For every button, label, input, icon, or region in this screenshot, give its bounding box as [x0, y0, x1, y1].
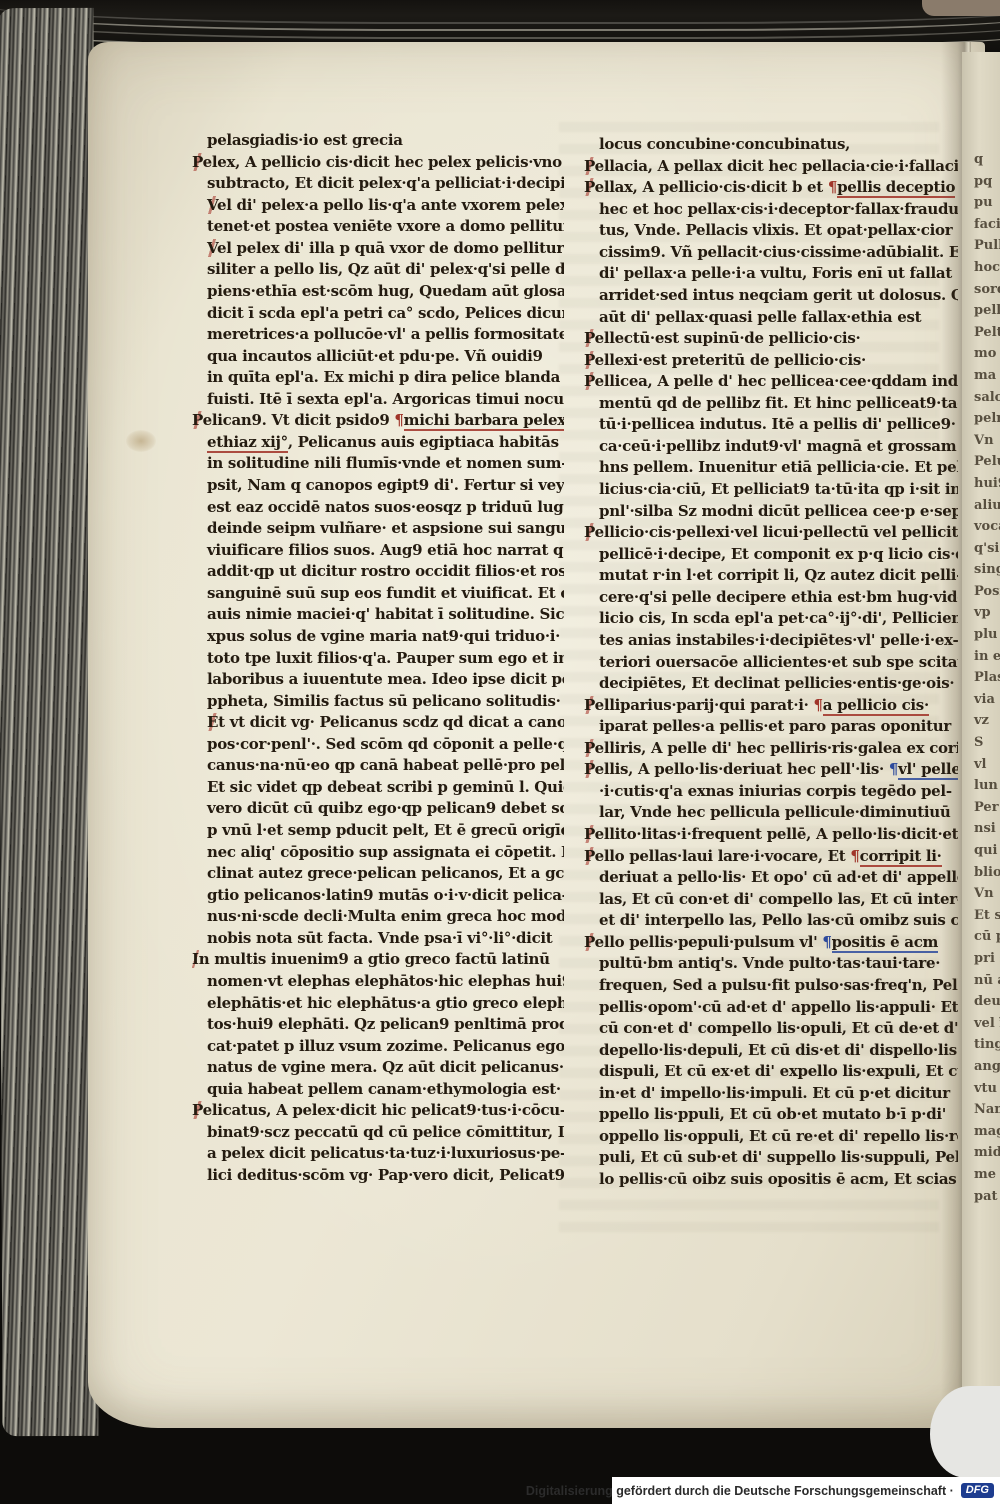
text-segment: qua incautos alliciūt·et pdu·pe. Vñ ouid…	[207, 347, 543, 365]
text-segment: I	[192, 950, 199, 968]
text-segment: tū·i·pellicea indutus. Itē a pellis di' …	[599, 415, 956, 433]
text-line: dicit ī scda epl'a petri ca° scdo, Pelic…	[192, 303, 564, 325]
rubric-paragraph-mark: ¶	[822, 933, 831, 951]
text-segment: cissim9. Vñ pellacit·cius·cissime·adūbia…	[599, 243, 958, 261]
text-line: pellis·opom'·cū ad·et d' appello lis·app…	[584, 997, 958, 1019]
dfg-logo-label: DFG	[966, 1484, 989, 1496]
text-line: in quīta epl'a. Ex michi p dira pelice b…	[192, 367, 564, 389]
text-segment: in·et d' impello·lis·impuli. Et cū p·et …	[599, 1084, 950, 1102]
facing-page-text-fragment: pat	[962, 1186, 1000, 1208]
text-segment: P	[584, 739, 595, 757]
text-segment: addit·qp ut dicitur rostro occidit filio…	[207, 562, 564, 580]
facing-page-text-fragment: lun	[962, 775, 1000, 797]
text-segment: P	[584, 157, 595, 175]
text-line: et di' interpello las, Pello las·cū omib…	[584, 910, 958, 932]
text-line: pos·cor·penl'·. Sed scōm qd cōponit a pe…	[192, 734, 564, 756]
facing-page-text-fragment: vl	[962, 754, 1000, 776]
book-left-page-edges	[0, 8, 98, 1436]
facing-page-text-fragment: qui	[962, 840, 1000, 862]
text-line: cū con·et d' compello lis·opuli, Et cū d…	[584, 1018, 958, 1040]
text-line: psit, Nam q canopos egipt9 di'. Fertur s…	[192, 475, 564, 497]
facing-page-text-fragment: Posi	[962, 581, 1000, 603]
facing-page-text-fragment: mid	[962, 1142, 1000, 1164]
text-line: lici deditus·scōm vg· Pap·vero dicit, Pe…	[192, 1165, 564, 1187]
text-line: Pellicio·cis·pellexi·vel licui·pellectū …	[584, 522, 958, 544]
text-segment: pultū·bm antiq's. Vnde pulto·tas·taui·ta…	[599, 954, 940, 972]
text-segment: lar, Vnde hec pellicula pellicule·diminu…	[599, 803, 951, 821]
text-line: quia habeat pellem canam·ethymologia est…	[192, 1079, 564, 1101]
text-line: fuisti. Itē ī sexta epl'a. Argoricas tim…	[192, 389, 564, 411]
text-line: Pello pellas·laui lare·i·vocare, Et ¶cor…	[584, 846, 958, 868]
facing-page-text-fragment: q	[962, 149, 1000, 171]
text-segment: piens·ethīa est·scōm hug, Quedam aūt glo…	[207, 282, 564, 300]
text-segment: tenet·et postea veniēte vxore a domo pel…	[207, 217, 564, 235]
text-line: sanguinē suū sup eos fundit et viuificat…	[192, 583, 564, 605]
text-segment: aūt di' pellax·quasi pelle fallax·ethia …	[599, 308, 921, 326]
facing-page-text-fragment: ting	[962, 1034, 1000, 1056]
text-line: Et sic videt qp debeat scribi p geminū l…	[192, 777, 564, 799]
facing-page-text-fragment: Pelui	[962, 451, 1000, 473]
text-line: Pellito·litas·i·frequent pellē, A pello·…	[584, 824, 958, 846]
rubric-paragraph-mark: ¶	[889, 760, 898, 778]
text-segment: nus·ni·scde decli·Multa enim greca hoc m…	[207, 907, 564, 925]
text-segment: dispuli, Et cū ex·et di' expello lis·exp…	[599, 1062, 958, 1080]
text-segment: , Pelicanus auis egiptiaca habitās	[288, 433, 559, 451]
parchment-stain	[126, 430, 156, 452]
text-segment: el pelex di' illa p quā vxor de domo pel…	[217, 239, 564, 257]
text-segment: ello pellis·pepuli·pulsum vl'	[595, 933, 823, 951]
facing-page-text-fragment: hui9	[962, 473, 1000, 495]
text-segment: pellis deceptio	[837, 178, 955, 198]
text-segment: locus concubine·concubinatus,	[599, 135, 850, 153]
text-line: viuificare filios suos. Aug9 etiā hoc na…	[192, 540, 564, 562]
facing-page-text-fragment: voca	[962, 516, 1000, 538]
facing-page-text-fragment: pri s	[962, 948, 1000, 970]
facing-page-text-fragment: deus	[962, 991, 1000, 1013]
text-line: Pellicea, A pelle d' hec pellicea·cee·qd…	[584, 371, 958, 393]
text-line: arridet·sed intus neqciam gerit ut dolos…	[584, 285, 958, 307]
text-line: cissim9. Vñ pellacit·cius·cissime·adūbia…	[584, 242, 958, 264]
text-line: laboribus a iuuentute mea. Ideo ipse dic…	[192, 669, 564, 691]
text-segment: iparat pelles·a pellis·et paro paras opo…	[599, 717, 951, 735]
text-line: Pelliparius·parij·qui parat·i· ¶a pellic…	[584, 695, 958, 717]
text-segment: P	[584, 933, 595, 951]
facing-page-text-fragment: ange	[962, 1056, 1000, 1078]
text-line: deriuat a pello·lis· Et opo' cū ad·et di…	[584, 867, 958, 889]
text-segment: pellis·opom'·cū ad·et d' appello lis·app…	[599, 998, 958, 1016]
text-line: a pelex dicit pelicatus·ta·tuz·i·luxurio…	[192, 1143, 564, 1165]
footer-credit-text: Digitalisierung gefördert durch die Deut…	[526, 1484, 954, 1498]
text-line: meretrices·a pollucōe·vl' a pellis formo…	[192, 324, 564, 346]
text-line: lo pellis·cū oibz suis opositis ē acm, E…	[584, 1169, 958, 1191]
text-segment: las, Et cū con·et di' compello las, Et c…	[599, 890, 958, 908]
text-segment: tes anias instabiles·i·decipiētes·vl' pe…	[599, 631, 958, 649]
text-line: mutat r·in l·et corripit li, Qz autez di…	[584, 565, 958, 587]
text-line: depello·lis·depuli, Et cū dis·et di' dis…	[584, 1040, 958, 1062]
rubric-paragraph-mark: ¶	[394, 411, 403, 429]
text-segment: tos·hui9 elephāti. Qz pelican9 penltimā …	[207, 1015, 564, 1033]
text-line: xpus solus de vgine maria nat9·qui tridu…	[192, 626, 564, 648]
text-segment: elicatus, A pelex·dicit hic pelicat9·tus…	[203, 1101, 564, 1119]
text-line: locus concubine·concubinatus,	[584, 134, 958, 156]
text-segment: lici deditus·scōm vg· Pap·vero dicit, Pe…	[207, 1166, 564, 1184]
facing-page-text-fragment: Nam	[962, 1099, 1000, 1121]
text-line: puli, Et cū sub·et di' suppello lis·supp…	[584, 1147, 958, 1169]
text-segment: lo pellis·cū oibz suis opositis ē acm, E…	[599, 1170, 956, 1188]
text-segment: mentū qd de pellibz fit. Et hinc pellice…	[599, 394, 958, 412]
facing-page-text-fragment: Per	[962, 797, 1000, 819]
text-segment: corripit li·	[860, 847, 942, 867]
text-segment: P	[584, 372, 595, 390]
text-segment: vero dicūt cū quibz ego·qp pelican9 debe…	[207, 799, 564, 817]
text-line: teriori ouersacōe allicientes·et sub spe…	[584, 652, 958, 674]
facing-page-text-fragment: mo	[962, 343, 1000, 365]
text-segment: P	[192, 411, 203, 429]
text-segment: ellexi·est preteritū de pellicio·cis·	[595, 351, 866, 369]
facing-page-text-fragment: Et s	[962, 905, 1000, 927]
text-segment: di' pellax·a pelle·i·a vultu, Foris enī …	[599, 264, 952, 282]
facing-page-text-fragment: pu	[962, 192, 1000, 214]
text-line: frequen, Sed a pulsu·fit pulso·sas·freq'…	[584, 975, 958, 997]
text-segment: elephātis·et hic elephātus·a gtio greco …	[207, 994, 564, 1012]
text-segment: P	[584, 696, 595, 714]
text-line: Pelicatus, A pelex·dicit hic pelicat9·tu…	[192, 1100, 564, 1122]
text-segment: nobis nota sūt facta. Vnde psa·ī vi°·li°…	[207, 929, 552, 947]
facing-page-text-fragment: Pulli	[962, 235, 1000, 257]
text-segment: ellectū·est supinū·de pellicio·cis·	[595, 329, 861, 347]
text-line: tenet·et postea veniēte vxore a domo pel…	[192, 216, 564, 238]
text-segment: hec et hoc pellax·cis·i·deceptor·fallax·…	[599, 200, 958, 218]
text-segment: decipiētes, Et declinat pellicies·entis·…	[599, 674, 954, 692]
text-line: Pellax, A pellicio·cis·dicit b et ¶pelli…	[584, 177, 958, 199]
text-segment: licius·cia·ciū, Et pelliciat9 ta·tū·ita …	[599, 480, 958, 498]
facing-page-text-fragment: via	[962, 689, 1000, 711]
text-segment: positis ē acm	[832, 933, 939, 953]
text-segment: ellax, A pellicio·cis·dicit b et	[595, 178, 828, 196]
facing-page-text-fragment: pq	[962, 171, 1000, 193]
facing-page-text-fragment: Plas	[962, 667, 1000, 689]
text-segment: E	[207, 713, 218, 731]
text-line: lar, Vnde hec pellicula pellicule·diminu…	[584, 802, 958, 824]
text-segment: subtracto, Et dicit pelex·q'a pelliciat·…	[207, 174, 564, 192]
facing-page-text-fragment: me	[962, 1164, 1000, 1186]
text-segment: tus, Vnde. Pellacis vlixis. Et opat·pell…	[599, 221, 952, 239]
text-segment: ellito·litas·i·frequent pellē, A pello·l…	[595, 825, 958, 843]
text-segment: ellicea, A pelle d' hec pellicea·cee·qdd…	[595, 372, 958, 390]
text-segment: pellicē·i·decipe, Et componit ex p·q lic…	[599, 545, 958, 563]
text-line: Pellexi·est preteritū de pellicio·cis·	[584, 350, 958, 372]
text-line: iparat pelles·a pellis·et paro paras opo…	[584, 716, 958, 738]
text-segment: P	[584, 825, 595, 843]
text-segment: el di' pelex·a pello lis·q'a ante vxorem…	[217, 196, 564, 214]
facing-page-text-fragment: aliu	[962, 495, 1000, 517]
text-line: vero dicūt cū quibz ego·qp pelican9 debe…	[192, 798, 564, 820]
text-segment: psit, Nam q canopos egipt9 di'. Fertur s…	[207, 476, 564, 494]
text-line: in solitudine nili flumīs·vnde et nomen …	[192, 453, 564, 475]
text-column-left: pelasgiadis·io est greciaPelex, A pellic…	[192, 130, 564, 1192]
text-line: Pelex, A pellicio cis·dicit hec pelex pe…	[192, 152, 564, 174]
text-line: in·et d' impello·lis·impuli. Et cū p·et …	[584, 1083, 958, 1105]
text-line: siliter a pello lis, Qz aūt di' pelex·q'…	[192, 259, 564, 281]
text-line: las, Et cū con·et di' compello las, Et c…	[584, 889, 958, 911]
text-segment: P	[584, 329, 595, 347]
book-scan-scene: pelasgiadis·io est greciaPelex, A pellic…	[0, 0, 1000, 1504]
text-segment: hns pellem. Inuenitur etiā pellicia·cie.…	[599, 458, 958, 476]
text-segment: pos·cor·penl'·. Sed scōm qd cōponit a pe…	[207, 735, 564, 753]
text-line: decipiētes, Et declinat pellicies·entis·…	[584, 673, 958, 695]
text-segment: teriori ouersacōe allicientes·et sub spe…	[599, 653, 958, 671]
facing-page-text-fragment: hoc	[962, 257, 1000, 279]
text-segment: a pelex dicit pelicatus·ta·tuz·i·luxurio…	[207, 1144, 564, 1162]
text-segment: nec aliq' cōpositio sup assignata ei cōp…	[207, 843, 564, 861]
text-segment: viuificare filios suos. Aug9 etiā hoc na…	[207, 541, 563, 559]
text-line: clinat autez grece·pelican pelicanos, Et…	[192, 863, 564, 885]
text-line: Pellectū·est supinū·de pellicio·cis·	[584, 328, 958, 350]
text-segment: nomen·vt elephas elephātos·hic elephas h…	[207, 972, 564, 990]
text-segment: siliter a pello lis, Qz aūt di' pelex·q'…	[207, 260, 564, 278]
text-line: cere·q'si pelle decipere ethia est·bm hu…	[584, 587, 958, 609]
text-column-right: locus concubine·concubinatus,Pellacia, A…	[584, 134, 958, 1196]
text-segment: elex, A pellicio cis·dicit hec pelex pel…	[203, 153, 564, 171]
facing-page-text-fragment: nsi	[962, 818, 1000, 840]
text-line: piens·ethīa est·scōm hug, Quedam aūt glo…	[192, 281, 564, 303]
text-segment: ppello lis·ppuli, Et cū ob·et mutato b·ī…	[599, 1105, 946, 1123]
text-line: hns pellem. Inuenitur etiā pellicia·cie.…	[584, 457, 958, 479]
facing-page-text-fragment: q'si	[962, 538, 1000, 560]
facing-page-text-fragment: vz	[962, 710, 1000, 732]
facing-page-text-fragment: S	[962, 732, 1000, 754]
text-segment: elliparius·parij·qui parat·i·	[595, 696, 814, 714]
text-line: pultū·bm antiq's. Vnde pulto·tas·taui·ta…	[584, 953, 958, 975]
facing-page-text-fragment: plu	[962, 624, 1000, 646]
text-line: Vel di' pelex·a pello lis·q'a ante vxore…	[192, 195, 564, 217]
text-line: Pelican9. Vt dicit psido9 ¶michi barbara…	[192, 410, 564, 432]
book-cradle	[930, 1386, 1000, 1478]
text-segment: est eaz occidē natos suos·eosqz p triduū…	[207, 498, 564, 516]
text-segment: toto tpe luxit filios·q'a. Pauper sum eg…	[207, 649, 564, 667]
text-segment: t vt dicit vg· Pelicanus scdz qd dicat a…	[218, 713, 564, 731]
text-line: dispuli, Et cū ex·et di' expello lis·exp…	[584, 1061, 958, 1083]
text-segment: in solitudine nili flumīs·vnde et nomen …	[207, 454, 564, 472]
text-line: binat9·scz peccatū qd cū pelice cōmittit…	[192, 1122, 564, 1144]
text-segment: ·i·cutis·q'a exnas iniurias corpis tegēd…	[599, 782, 952, 800]
text-segment: sanguinē suū sup eos fundit et viuificat…	[207, 584, 564, 602]
text-line: tus, Vnde. Pellacis vlixis. Et opat·pell…	[584, 220, 958, 242]
text-line: Pelliris, A pelle di' hec pelliris·ris·g…	[584, 738, 958, 760]
text-segment: ello pellas·laui lare·i·vocare, Et	[595, 847, 851, 865]
facing-page-text-fragment: mag	[962, 1121, 1000, 1143]
text-segment: V	[207, 196, 217, 214]
text-line: ppheta, Similis factus sū pelicano solit…	[192, 691, 564, 713]
text-line: tū·i·pellicea indutus. Itē a pellis di' …	[584, 414, 958, 436]
facing-page-text-fragment: Vn	[962, 430, 1000, 452]
text-segment: in quīta epl'a. Ex michi p dira pelice b…	[207, 368, 560, 386]
text-segment: ellis, A pello·lis·deriuat hec pell'·lis…	[595, 760, 889, 778]
text-line: pelasgiadis·io est grecia	[192, 130, 564, 152]
text-line: auis nimie maciei·q' habitat ī solitudin…	[192, 604, 564, 626]
text-segment: oppello lis·oppuli, Et cū re·et di' repe…	[599, 1127, 958, 1145]
text-segment: P	[584, 760, 595, 778]
text-line: nobis nota sūt facta. Vnde psa·ī vi°·li°…	[192, 928, 564, 950]
facing-page-text-fragment: cū p	[962, 926, 1000, 948]
text-segment: puli, Et cū sub·et di' suppello lis·supp…	[599, 1148, 958, 1166]
text-line: natus de vgine mera. Qz aūt dicit pelica…	[192, 1057, 564, 1079]
text-line: Et vt dicit vg· Pelicanus scdz qd dicat …	[192, 712, 564, 734]
text-line: p vnū l·et semp pducit pelt, Et ē grecū …	[192, 820, 564, 842]
text-segment: elliris, A pelle di' hec pelliris·ris·ga…	[595, 739, 958, 757]
text-segment: pelasgiadis·io est grecia	[207, 131, 403, 149]
text-line: mentū qd de pellibz fit. Et hinc pellice…	[584, 393, 958, 415]
text-segment: xpus solus de vgine maria nat9·qui tridu…	[207, 627, 560, 645]
facing-page-text-fragment: vp	[962, 602, 1000, 624]
text-line: tos·hui9 elephāti. Qz pelican9 penltimā …	[192, 1014, 564, 1036]
text-segment: P	[584, 847, 595, 865]
facing-page-text-fragment: pell	[962, 300, 1000, 322]
text-line: licius·cia·ciū, Et pelliciat9 ta·tū·ita …	[584, 479, 958, 501]
text-segment: depello·lis·depuli, Et cū dis·et di' dis…	[599, 1041, 958, 1059]
text-line: addit·qp ut dicitur rostro occidit filio…	[192, 561, 564, 583]
facing-page-text-fragment: blio	[962, 862, 1000, 884]
text-line: ca·ceū·i·pellibz indut9·vl' magnā et gro…	[584, 436, 958, 458]
facing-page-text-fragment: in e	[962, 646, 1000, 668]
text-segment: ellacia, A pellax dicit hec pellacia·cie…	[595, 157, 958, 175]
text-segment: dicit ī scda epl'a petri ca° scdo, Pelic…	[207, 304, 564, 322]
text-line: pnl'·silba Sz modni dicūt pellicea cee·p…	[584, 501, 958, 523]
text-line: canus·na·nū·eo qp canā habeat pellē·pro …	[192, 755, 564, 777]
text-segment: p vnū l·et semp pducit pelt, Et ē grecū …	[207, 821, 564, 839]
text-line: di' pellax·a pelle·i·a vultu, Foris enī …	[584, 263, 958, 285]
text-segment: ethiaz xij°	[207, 433, 288, 453]
text-segment: canus·na·nū·eo qp canā habeat pellē·pro …	[207, 756, 564, 774]
text-segment: V	[207, 239, 217, 257]
text-segment: cat·patet p illuz vsum zozime. Pelicanus…	[207, 1037, 564, 1055]
text-segment: a pellicio cis·	[823, 696, 929, 716]
text-segment: binat9·scz peccatū qd cū pelice cōmittit…	[207, 1123, 564, 1141]
facing-page-text-fragment: vtu	[962, 1078, 1000, 1100]
text-segment: arridet·sed intus neqciam gerit ut dolos…	[599, 286, 958, 304]
facing-page-text-fragment: salo	[962, 387, 1000, 409]
text-segment: auis nimie maciei·q' habitat ī solitudin…	[207, 605, 564, 623]
text-line: pellicē·i·decipe, Et componit ex p·q lic…	[584, 544, 958, 566]
text-line: deinde seipm vulñare· et aspsione sui sa…	[192, 518, 564, 540]
text-segment: meretrices·a pollucōe·vl' a pellis formo…	[207, 325, 564, 343]
book-board-corner	[922, 0, 1000, 16]
text-line: tes anias instabiles·i·decipiētes·vl' pe…	[584, 630, 958, 652]
facing-page-text-fragment: pelr	[962, 408, 1000, 430]
text-segment: deinde seipm vulñare· et aspsione sui sa…	[207, 519, 564, 537]
text-line: gtio pelicanos·latin9 mutās o·i·v·dicit …	[192, 885, 564, 907]
text-segment: fuisti. Itē ī sexta epl'a. Argoricas tim…	[207, 390, 564, 408]
text-line: nomen·vt elephas elephātos·hic elephas h…	[192, 971, 564, 993]
text-segment: P	[584, 178, 595, 196]
text-segment: gtio pelicanos·latin9 mutās o·i·v·dicit …	[207, 886, 564, 904]
text-line: hec et hoc pellax·cis·i·deceptor·fallax·…	[584, 199, 958, 221]
text-segment: licio cis, In scda epl'a pet·ca°·ij°·di'…	[599, 609, 958, 627]
facing-page-text-fragment: vel ī	[962, 1013, 1000, 1035]
text-segment: ca·ceū·i·pellibz indut9·vl' magnā et gro…	[599, 437, 956, 455]
facing-page-text-fragment: Vn	[962, 883, 1000, 905]
facing-page-text-fragment: sord	[962, 279, 1000, 301]
text-line: ·i·cutis·q'a exnas iniurias corpis tegēd…	[584, 781, 958, 803]
text-line: nus·ni·scde decli·Multa enim greca hoc m…	[192, 906, 564, 928]
text-segment: P	[584, 523, 595, 541]
text-segment: frequen, Sed a pulsu·fit pulso·sas·freq'…	[599, 976, 958, 994]
text-segment: mutat r·in l·et corripit li, Qz autez di…	[599, 566, 958, 584]
dfg-logo: DFG	[961, 1483, 994, 1498]
text-segment: pnl'·silba Sz modni dicūt pellicea cee·p…	[599, 502, 958, 520]
text-line: subtracto, Et dicit pelex·q'a pelliciat·…	[192, 173, 564, 195]
text-segment: laboribus a iuuentute mea. Ideo ipse dic…	[207, 670, 564, 688]
facing-page-text-fragment: sing	[962, 559, 1000, 581]
rubric-paragraph-mark: ¶	[814, 696, 823, 714]
footer-bar: Digitalisierung gefördert durch die Deut…	[612, 1477, 1000, 1504]
text-line: oppello lis·oppuli, Et cū re·et di' repe…	[584, 1126, 958, 1148]
text-segment: P	[192, 1101, 203, 1119]
text-line: Pellis, A pello·lis·deriuat hec pell'·li…	[584, 759, 958, 781]
facing-page-sliver: qpqpufaciPullihocsordpellPeltamomasalope…	[962, 52, 1000, 1418]
text-line: aūt di' pellax·quasi pelle fallax·ethia …	[584, 307, 958, 329]
text-line: est eaz occidē natos suos·eosqz p triduū…	[192, 497, 564, 519]
text-segment: ellicio·cis·pellexi·vel licui·pellectū v…	[595, 523, 958, 541]
text-segment: clinat autez grece·pelican pelicanos, Et…	[207, 864, 564, 882]
text-segment: n multis inuenim9 a gtio greco factū lat…	[199, 950, 550, 968]
text-line: cat·patet p illuz vsum zozime. Pelicanus…	[192, 1036, 564, 1058]
text-segment: Et sic videt qp debeat scribi p geminū l…	[207, 778, 564, 796]
text-segment: natus de vgine mera. Qz aūt dicit pelica…	[207, 1058, 564, 1076]
facing-page-text-fragment: nū a	[962, 970, 1000, 992]
text-line: elephātis·et hic elephātus·a gtio greco …	[192, 993, 564, 1015]
text-line: ethiaz xij°, Pelicanus auis egiptiaca ha…	[192, 432, 564, 454]
text-segment: cū con·et d' compello lis·opuli, Et cū d…	[599, 1019, 958, 1037]
text-line: Pellacia, A pellax dicit hec pellacia·ci…	[584, 156, 958, 178]
text-line: qua incautos alliciūt·et pdu·pe. Vñ ouid…	[192, 346, 564, 368]
text-segment: P	[192, 153, 203, 171]
rubric-paragraph-mark: ¶	[850, 847, 859, 865]
text-segment: et di' interpello las, Pello las·cū omib…	[599, 911, 958, 929]
text-segment: ppheta, Similis factus sū pelicano solit…	[207, 692, 561, 710]
text-line: ppello lis·ppuli, Et cū ob·et mutato b·ī…	[584, 1104, 958, 1126]
text-line: In multis inuenim9 a gtio greco factū la…	[192, 949, 564, 971]
text-segment: elican9. Vt dicit psido9	[203, 411, 395, 429]
facing-page-text-fragment: Pelta	[962, 322, 1000, 344]
facing-page-text-fragment: ma	[962, 365, 1000, 387]
text-segment: quia habeat pellem canam·ethymologia est…	[207, 1080, 561, 1098]
text-segment: deriuat a pello·lis· Et opo' cū ad·et di…	[599, 868, 958, 886]
text-segment: cere·q'si pelle decipere ethia est·bm hu…	[599, 588, 958, 606]
facing-page-text-fragment: faci	[962, 214, 1000, 236]
text-line: toto tpe luxit filios·q'a. Pauper sum eg…	[192, 648, 564, 670]
text-line: Vel pelex di' illa p quā vxor de domo pe…	[192, 238, 564, 260]
text-segment: P	[584, 351, 595, 369]
rubric-paragraph-mark: ¶	[828, 178, 837, 196]
text-line: nec aliq' cōpositio sup assignata ei cōp…	[192, 842, 564, 864]
manuscript-page: pelasgiadis·io est greciaPelex, A pellic…	[88, 42, 985, 1428]
text-segment: michi barbara pelex	[404, 411, 564, 431]
text-line: Pello pellis·pepuli·pulsum vl' ¶positis …	[584, 932, 958, 954]
text-line: licio cis, In scda epl'a pet·ca°·ij°·di'…	[584, 608, 958, 630]
